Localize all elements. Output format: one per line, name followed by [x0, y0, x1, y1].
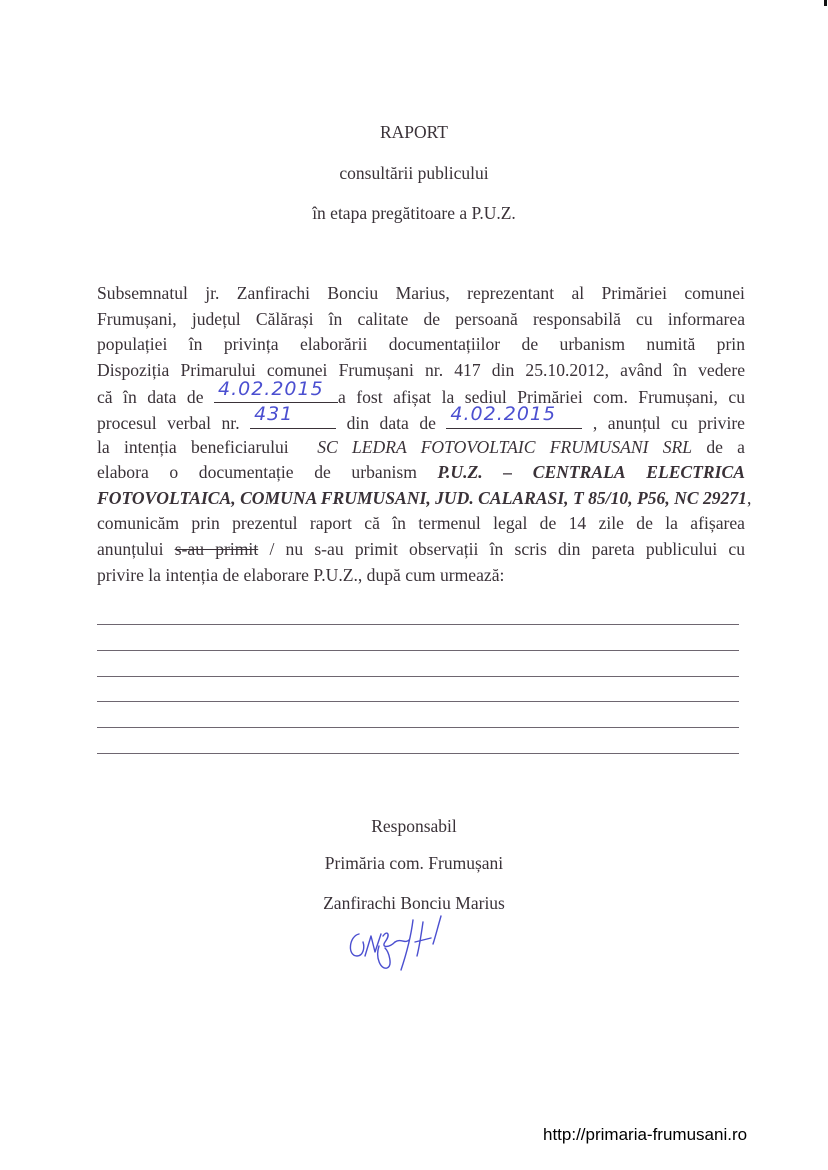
body-line-1-word: comunei	[684, 281, 745, 307]
body-line-1-word: Subsemnatul	[97, 281, 188, 307]
posting-date-field: 4.02.2015	[214, 383, 338, 403]
beneficiary-name: SC LEDRA FOTOVOLTAIC FRUMUSANI SRL	[317, 437, 692, 457]
body-line-1-word: Marius,	[396, 281, 450, 307]
signature-institution: Primăria com. Frumușani	[0, 853, 828, 873]
body-line-5: că în data de 4.02.2015a fost afișat la …	[97, 383, 745, 409]
body-line-8: elabora o documentație de urbanism P.U.Z…	[97, 460, 745, 486]
body-line-1: Subsemnatuljr.ZanfirachiBonciuMarius,rep…	[97, 281, 745, 307]
project-title-part-2: ELECTRICA	[646, 462, 745, 482]
document-page: RAPORT consultării publicului în etapa p…	[0, 0, 828, 1170]
body-line-1-word: Bonciu	[327, 281, 378, 307]
minutes-date-field: 4.02.2015	[446, 409, 582, 429]
observation-blank-line	[97, 676, 739, 677]
scan-corner-mark	[824, 0, 827, 6]
document-subtitle-2: în etapa pregătitoare a P.U.Z.	[0, 203, 828, 223]
body-line-10: comunicăm prin prezentul raport că în te…	[97, 511, 745, 537]
observation-blank-line	[97, 753, 739, 754]
observation-blank-line	[97, 701, 739, 702]
body-line-9: FOTOVOLTAICA, COMUNA FRUMUSANI, JUD. CAL…	[97, 486, 745, 512]
observation-blank-line	[97, 727, 739, 728]
body-line-11: anunțului s-au primit / nu s-au primit o…	[97, 537, 745, 563]
body-line-6: procesul verbal nr. 431 din data de 4.02…	[97, 409, 745, 435]
handwritten-minutes-date: 4.02.2015	[450, 402, 556, 428]
body-line-1-word: Zanfirachi	[237, 281, 310, 307]
document-subtitle-1: consultării publicului	[0, 163, 828, 183]
body-line-2: Frumușani, județul Călărași în calitate …	[97, 307, 745, 333]
handwritten-minutes-number: 431	[254, 402, 293, 428]
report-body: Subsemnatuljr.ZanfirachiBonciuMarius,rep…	[97, 281, 745, 588]
signature-role: Responsabil	[0, 816, 828, 836]
observation-blank-line	[97, 650, 739, 651]
body-line-4: Dispoziția Primarului comunei Frumușani …	[97, 358, 745, 384]
body-line-3: populației în privința elaborării docume…	[97, 332, 745, 358]
observation-blank-line	[97, 624, 739, 625]
body-line-1-word: al	[571, 281, 584, 307]
minutes-number-field: 431	[250, 409, 336, 429]
body-line-1-word: Primăriei	[601, 281, 666, 307]
handwritten-signature-icon	[345, 912, 455, 982]
body-line-1-word: jr.	[205, 281, 219, 307]
signature-name: Zanfirachi Bonciu Marius	[0, 893, 828, 913]
handwritten-posting-date: 4.02.2015	[218, 377, 324, 403]
document-title: RAPORT	[0, 122, 828, 142]
project-title-part-3: FOTOVOLTAICA, COMUNA FRUMUSANI, JUD. CAL…	[97, 488, 747, 508]
body-line-12: privire la intenția de elaborare P.U.Z.,…	[97, 563, 745, 589]
footer-url-link[interactable]: http://primaria-frumusani.ro	[543, 1125, 747, 1145]
project-title-part-1: P.U.Z. – CENTRALA	[438, 462, 626, 482]
struck-option: s-au primit	[175, 539, 259, 559]
body-line-1-word: reprezentant	[467, 281, 554, 307]
body-line-7: la intenția beneficiarului SC LEDRA FOTO…	[97, 435, 745, 461]
